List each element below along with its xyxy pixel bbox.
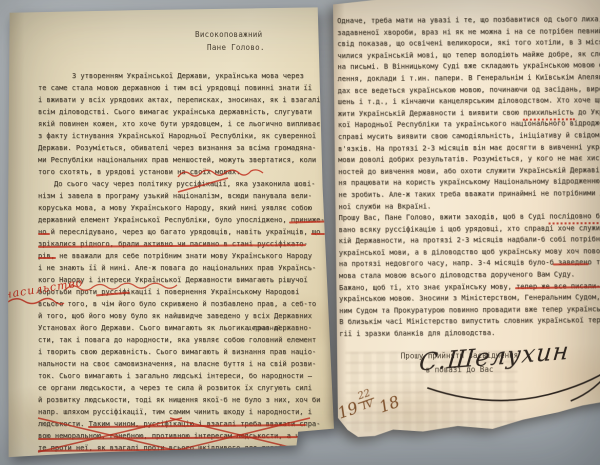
red-underline — [523, 118, 575, 120]
red-strikethrough — [38, 257, 56, 259]
typed-line: ми Республіки національних прав меншосте… — [38, 154, 330, 166]
red-underline-flourish — [8, 294, 66, 308]
typed-line: якій повинен кожен, хто хоче бути урядов… — [38, 118, 330, 130]
red-strikethrough — [311, 233, 325, 235]
typed-line: і творить свою державність. Сього вимага… — [38, 346, 330, 358]
salutation-line: Пане Голово. — [207, 41, 330, 54]
typed-line: ток. Сього вимагають і загально людські … — [38, 370, 330, 382]
typed-line: всього того, в чім його було скривжено й… — [38, 298, 330, 310]
typed-line: Установах його Держави. Сього вимагають … — [38, 322, 330, 334]
salutation-line: Високоповажний — [195, 28, 330, 41]
typed-line: і не знають її й нині. Але-ж повага до н… — [38, 262, 330, 274]
typed-body-left: З утворенням Української Держави, україн… — [38, 70, 330, 454]
typed-line: но й переслідувано, через що багато уряд… — [38, 226, 330, 238]
typed-line: з факту істнування Української Народньої… — [38, 130, 330, 142]
scanned-document: Високоповажний Пане Голово. З утворенням… — [0, 0, 600, 465]
signature: С.Шелухин — [418, 333, 600, 418]
salutation: Високоповажний Пане Голово. — [195, 28, 330, 54]
typed-line: сти, так і повага до народности, яка уяв… — [38, 334, 330, 346]
page-right-text: Одначе, треба мати на увазі і те, що поз… — [337, 14, 600, 341]
red-slash-russification — [174, 176, 234, 194]
typed-line: й розвитку людськости, тоді як нищення я… — [38, 394, 330, 406]
typed-line: державний елемент Української Республіки… — [38, 214, 330, 226]
page-left: Високоповажний Пане Голово. З утворенням… — [8, 6, 334, 458]
typed-line: З утворенням Української Держави, україн… — [38, 70, 330, 82]
red-cross-out — [34, 412, 314, 456]
page-right-paper: Одначе, треба мати на увазі і те, що поз… — [333, 0, 600, 446]
date-month: IV — [359, 398, 378, 413]
typed-line: не зробить. Але-ж таких треба вважати пр… — [338, 188, 600, 202]
typed-line: В близькім часі Міністерство випустить с… — [339, 315, 600, 329]
typed-line: Держави. Розуміється, обивателі через ви… — [38, 142, 330, 154]
page-right: Одначе, треба мати на увазі і те, що поз… — [333, 0, 600, 446]
red-strikethrough — [553, 263, 589, 265]
typed-line: й того, щоб його мову було як найшвидче … — [38, 310, 330, 322]
red-underline — [549, 222, 600, 225]
typed-body-right: Одначе, треба мати на увазі і те, що поз… — [337, 14, 600, 341]
red-strikethrough — [38, 233, 50, 235]
typed-line: всім діловодстві. Сього вимагає українсь… — [38, 106, 330, 118]
typed-insert-note: державний — [248, 325, 281, 332]
page-left-text: Високоповажний Пане Голово. З утворенням… — [38, 28, 330, 454]
typed-line: те саме стала мовою державною і тим всі … — [38, 82, 330, 94]
typed-line: рів, не вважали для себе потрібним знати… — [38, 250, 330, 262]
typed-line: і вживати у всіх урядових актах, перепис… — [38, 94, 330, 106]
typed-line: се органи людськости, а через те сила й … — [38, 382, 330, 394]
page-left-paper: Високоповажний Пане Голово. З утворенням… — [8, 6, 334, 458]
typed-line: нальности на своє самовизначення, на вла… — [38, 358, 330, 370]
typed-line: коруська мова, а мову Українського Народ… — [38, 202, 330, 214]
